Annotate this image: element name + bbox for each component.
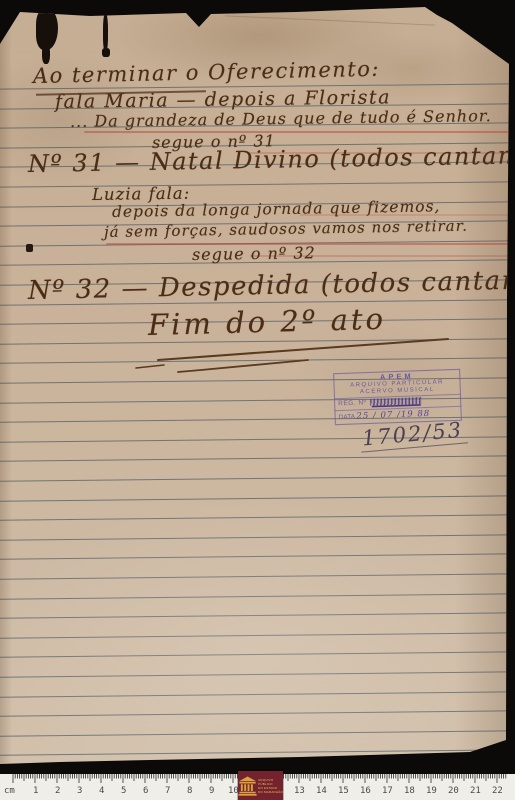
logo-text-line: DO MARANHÃO [258,790,283,794]
scanned-manuscript-page: Ao terminar o Oferecimento:fala Maria — … [0,0,515,800]
ruler-number: 16 [360,786,371,796]
ruler-number: 5 [121,786,126,796]
ruler-number: 14 [316,786,327,796]
ink-dot [26,244,33,252]
ruler-number: 8 [187,786,192,796]
archive-logo-text: ARQUIVO PÚBLICO DO ESTADO DO MARANHÃO [258,778,283,794]
archive-logo: ARQUIVO PÚBLICO DO ESTADO DO MARANHÃO [238,771,283,800]
ruled-line [0,456,515,463]
ruler-number: 3 [77,786,82,796]
ruler-number: 19 [426,786,437,796]
ruled-line [0,691,515,698]
ruler-number: 4 [99,786,104,796]
ink-blot [102,48,110,57]
ruled-line [0,710,515,717]
ruled-line [0,573,515,580]
ruler-number: 1 [33,786,38,796]
ruler-number: 17 [382,786,393,796]
ruled-line [0,730,515,737]
ruler-number: 2 [55,786,60,796]
red-underline [84,131,508,133]
stamp-date-label: DATA [339,414,355,422]
ruled-line [0,593,515,600]
ruled-line [0,612,515,619]
ruled-line [0,671,515,678]
ruler-number: 20 [448,786,459,796]
archive-building-icon [238,775,257,797]
ruled-line [0,652,515,659]
stamp-reg-label: REG. Nº [338,399,366,407]
ruled-line [0,181,515,188]
ruled-line [0,495,515,502]
ink-blot [103,14,108,52]
ruled-line [0,475,515,482]
ruler-number: 9 [209,786,214,796]
ink-blot [42,44,50,64]
ruler-number: 21 [470,786,481,796]
measurement-ruler: cm 1234567891013141516171819202122 ARQUI… [0,774,515,800]
ruled-line [0,534,515,541]
ruler-number: 13 [294,786,305,796]
struck-registry-scribble [370,397,422,406]
archive-stamp: APEM ARQUIVO PARTICULAR ACERVO MUSICAL R… [333,369,462,425]
ruler-unit-label: cm [4,786,15,796]
manuscript-line: segue o nº 32 [192,243,316,264]
ruled-line [0,514,515,521]
paper-sheet: Ao terminar o Oferecimento:fala Maria — … [0,0,515,800]
ruled-line [0,632,515,639]
ruled-line [0,750,515,757]
ruler-number: 22 [492,786,503,796]
ruled-line [0,554,515,561]
ruler-number: 6 [143,786,148,796]
ruler-number: 18 [404,786,415,796]
ruler-number: 15 [338,786,349,796]
ruler-number: 7 [165,786,170,796]
